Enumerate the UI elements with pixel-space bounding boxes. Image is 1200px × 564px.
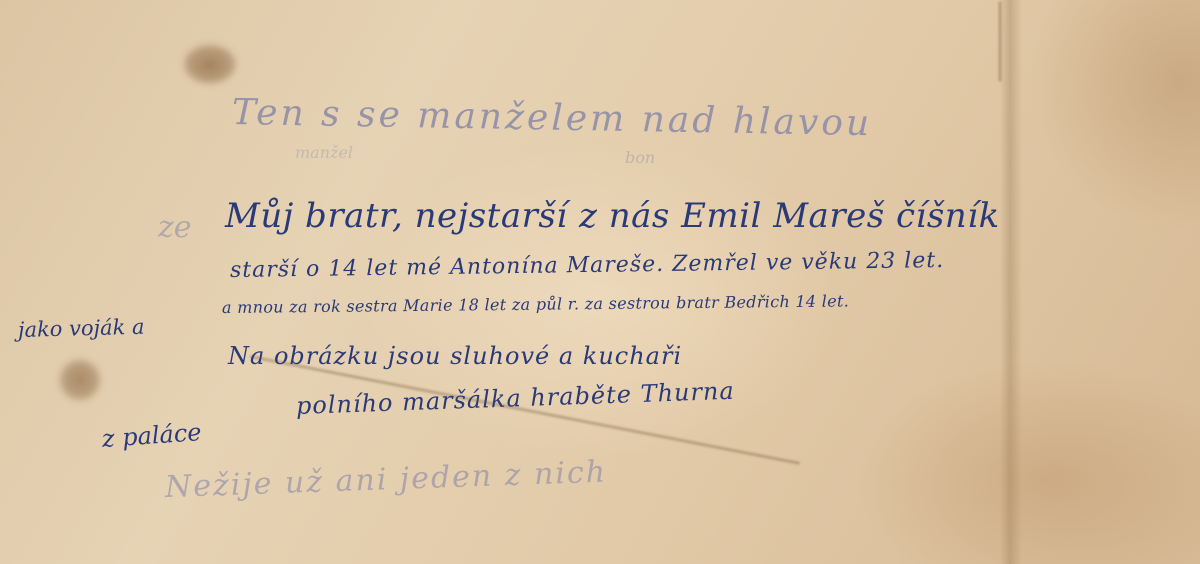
text-line-1: Můj bratr, nejstarší z nás Emil Mareš čí…	[225, 196, 1000, 236]
pencil-line-top: Ten s se manželem nad hlavou	[232, 92, 873, 144]
text-line-3: a mnou za rok sestra Marie 18 let za půl…	[222, 291, 849, 317]
pencil-line-bottom: Nežije už ani jeden z nich	[164, 455, 607, 505]
fold-mark	[999, 2, 1002, 82]
stain	[185, 45, 235, 83]
text-line-3-margin: jako voják a	[18, 315, 145, 342]
stain	[60, 360, 100, 400]
text-line-4: Na obrázku jsou sluhové a kuchaři	[228, 342, 682, 370]
text-line-5-margin: z paláce	[101, 418, 202, 453]
pencil-faint-word: manžel	[295, 143, 353, 162]
margin-mark: ze	[158, 210, 192, 245]
pencil-faint-word: bon	[625, 148, 655, 167]
text-line-5: polního maršálka hraběte Thurna	[296, 377, 736, 420]
text-line-2: starší o 14 let mé Antonína Mareše. Zemř…	[230, 248, 944, 283]
aged-paper-document: Ten s se manželem nad hlavou manžel bon …	[0, 0, 1200, 564]
